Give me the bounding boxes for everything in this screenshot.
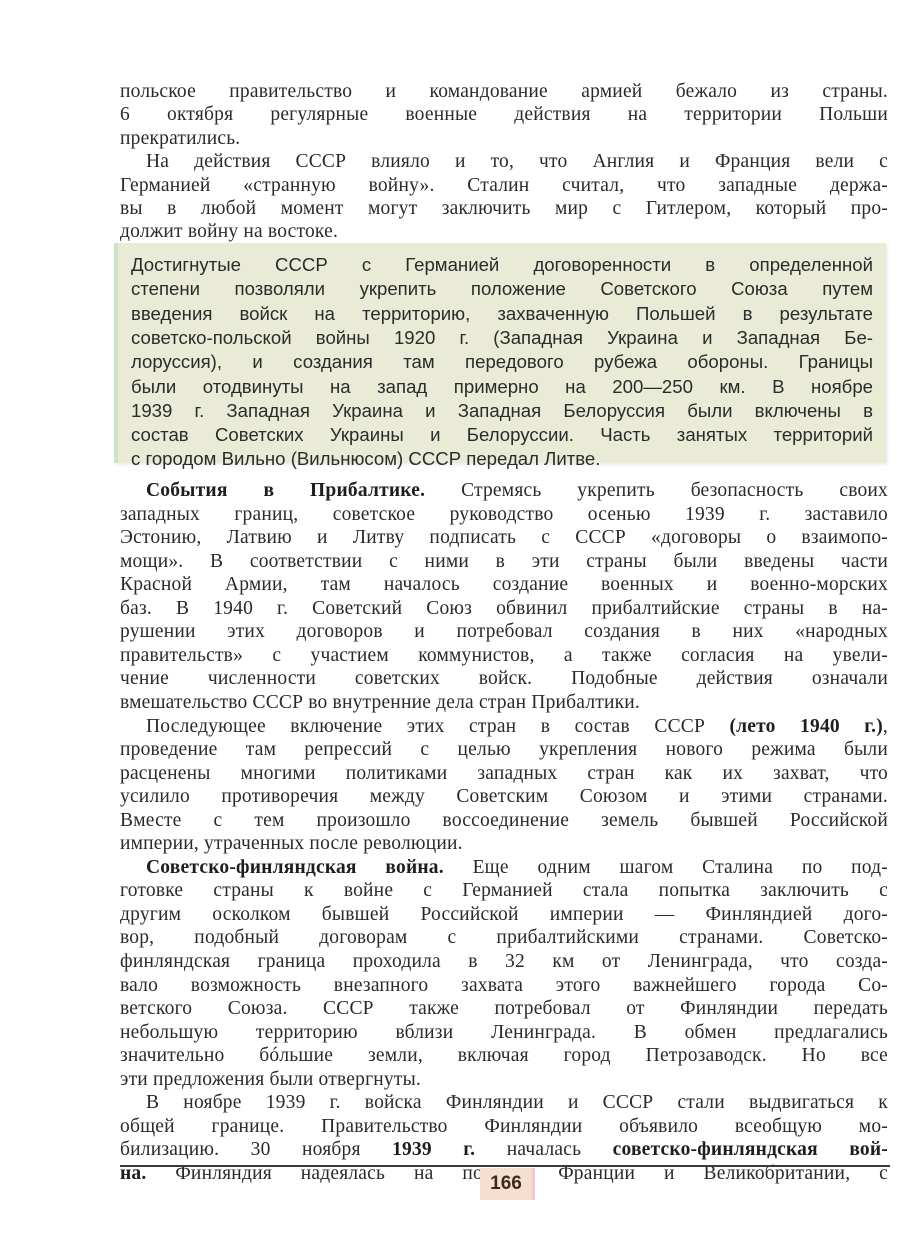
text-run: значительно бóльшие земли, включая город… bbox=[120, 1045, 888, 1066]
text-run: проведение там репрессий с целью укрепле… bbox=[120, 739, 888, 760]
text-line: вмешательство СССР во внутренние дела ст… bbox=[120, 691, 888, 714]
note-line: 1939 г. Западная Украина и Западная Бело… bbox=[131, 399, 873, 423]
text-run: другим осколком бывшей Российской импери… bbox=[120, 904, 888, 925]
text-line: проведение там репрессий с целью укрепле… bbox=[120, 738, 888, 761]
text-line: значительно бóльшие земли, включая город… bbox=[120, 1044, 888, 1067]
text-run: вор, подобный договорам с прибалтийскими… bbox=[120, 927, 888, 948]
text-run: билизацию. 30 ноября bbox=[120, 1139, 392, 1160]
text-run: мощи». В соответствии с ними в эти стран… bbox=[120, 551, 888, 572]
text-run: началась bbox=[475, 1139, 612, 1160]
text-run: эти предложения были отвергнуты. bbox=[120, 1069, 421, 1090]
text-run: Красной Армии, там началось создание вое… bbox=[120, 574, 888, 595]
text-run: На действия СССР влияло и то, что Англия… bbox=[146, 151, 888, 172]
bold-text: 1939 г. bbox=[392, 1139, 475, 1160]
text-run: польское правительство и командование ар… bbox=[120, 81, 888, 102]
bold-text: Советско-финляндская война. bbox=[146, 857, 444, 878]
text-run: 6 октября регулярные военные действия на… bbox=[120, 104, 888, 125]
bold-text: советско-финляндская вой- bbox=[613, 1139, 888, 1160]
text-line: империи, утраченных после революции. bbox=[120, 832, 888, 855]
text-run: вы в любой момент могут заключить мир с … bbox=[120, 198, 888, 219]
text-line: польское правительство и командование ар… bbox=[120, 80, 888, 103]
text-line: вы в любой момент могут заключить мир с … bbox=[120, 197, 888, 220]
text-line: Германией «странную войну». Сталин счита… bbox=[120, 174, 888, 197]
note-line: с городом Вильно (Вильнюсом) СССР переда… bbox=[131, 447, 873, 471]
note-line: степени позволяли укрепить положение Сов… bbox=[131, 277, 873, 301]
footer-rule bbox=[120, 1165, 890, 1167]
text-line: западных границ, советское руководство о… bbox=[120, 503, 888, 526]
text-run: финляндская граница проходила в 32 км от… bbox=[120, 951, 888, 972]
text-line: чение численности советских войск. Подоб… bbox=[120, 667, 888, 690]
text-line: билизацию. 30 ноября 1939 г. началась со… bbox=[120, 1138, 888, 1161]
text-line: События в Прибалтике. Стремясь укрепить … bbox=[146, 479, 888, 502]
text-line: небольшую территорию вблизи Ленинграда. … bbox=[120, 1021, 888, 1044]
bold-text: События в Прибалтике. bbox=[146, 480, 425, 501]
note-line: были отодвинуты на запад примерно на 200… bbox=[131, 375, 873, 399]
text-line: должит войну на востоке. bbox=[120, 220, 888, 243]
text-line: общей границе. Правительство Финляндии о… bbox=[120, 1115, 888, 1138]
text-run: правительств» с участием коммунистов, а … bbox=[120, 645, 888, 666]
page-number: 166 bbox=[480, 1168, 535, 1200]
text-run: расценены многими политиками западных ст… bbox=[120, 763, 888, 784]
text-line: рушении этих договоров и потребовал созд… bbox=[120, 620, 888, 643]
text-run: Германией «странную войну». Сталин счита… bbox=[120, 175, 888, 196]
text-run: чение численности советских войск. Подоб… bbox=[120, 668, 888, 689]
text-run: , bbox=[883, 716, 888, 737]
text-line: Вместе с тем произошло воссоединение зем… bbox=[120, 809, 888, 832]
text-line: мощи». В соответствии с ними в эти стран… bbox=[120, 550, 888, 573]
note-line: лоруссия), и создания там передового руб… bbox=[131, 350, 873, 374]
text-run: Еще одним шагом Сталина по под- bbox=[444, 857, 888, 878]
text-run: вмешательство СССР во внутренние дела ст… bbox=[120, 692, 640, 713]
text-line: В ноябре 1939 г. войска Финляндии и СССР… bbox=[146, 1091, 888, 1114]
bold-text: (лето 1940 г.) bbox=[729, 716, 882, 737]
note-line: Достигнутые СССР с Германией договоренно… bbox=[131, 253, 873, 277]
text-line: Красной Армии, там началось создание вое… bbox=[120, 573, 888, 596]
text-run: империи, утраченных после революции. bbox=[120, 833, 463, 854]
text-line: правительств» с участием коммунистов, а … bbox=[120, 644, 888, 667]
text-run: прекратились. bbox=[120, 128, 240, 149]
text-run: Последующее включение этих стран в соста… bbox=[146, 716, 729, 737]
text-run: вало возможность внезапного захвата этог… bbox=[120, 975, 888, 996]
note-line: советско-польской войны 1920 г. (Западна… bbox=[131, 326, 873, 350]
text-line: финляндская граница проходила в 32 км от… bbox=[120, 950, 888, 973]
text-line: другим осколком бывшей Российской импери… bbox=[120, 903, 888, 926]
text-run: общей границе. Правительство Финляндии о… bbox=[120, 1116, 888, 1137]
text-run: Вместе с тем произошло воссоединение зем… bbox=[120, 810, 888, 831]
text-run: В ноябре 1939 г. войска Финляндии и СССР… bbox=[146, 1092, 888, 1113]
text-run: рушении этих договоров и потребовал созд… bbox=[120, 621, 888, 642]
text-run: небольшую территорию вблизи Ленинграда. … bbox=[120, 1022, 888, 1043]
text-line: прекратились. bbox=[120, 127, 888, 150]
text-line: Советско-финляндская война. Еще одним ша… bbox=[146, 856, 888, 879]
text-run: должит войну на востоке. bbox=[120, 221, 338, 242]
text-run: ветского Союза. СССР также потребовал от… bbox=[120, 998, 888, 1019]
text-line: расценены многими политиками западных ст… bbox=[120, 762, 888, 785]
note-line: состав Советских Украины и Белоруссии. Ч… bbox=[131, 423, 873, 447]
text-line: баз. В 1940 г. Советский Союз обвинил пр… bbox=[120, 597, 888, 620]
text-line: ветского Союза. СССР также потребовал от… bbox=[120, 997, 888, 1020]
text-run: Стремясь укрепить безопасность своих bbox=[425, 480, 888, 501]
text-run: Эстонию, Латвию и Литву подписать с СССР… bbox=[120, 527, 888, 548]
text-line: усилило противоречия между Советским Сою… bbox=[120, 785, 888, 808]
textbook-page: польское правительство и командование ар… bbox=[0, 0, 918, 1241]
text-line: эти предложения были отвергнуты. bbox=[120, 1068, 888, 1091]
text-line: На действия СССР влияло и то, что Англия… bbox=[146, 150, 888, 173]
text-run: готовке страны к войне с Германией стала… bbox=[120, 880, 888, 901]
note-line: введения войск на территорию, захваченну… bbox=[131, 302, 873, 326]
text-line: 6 октября регулярные военные действия на… bbox=[120, 103, 888, 126]
text-line: вало возможность внезапного захвата этог… bbox=[120, 974, 888, 997]
text-line: готовке страны к войне с Германией стала… bbox=[120, 879, 888, 902]
text-line: вор, подобный договорам с прибалтийскими… bbox=[120, 926, 888, 949]
text-run: усилило противоречия между Советским Сою… bbox=[120, 786, 888, 807]
text-line: Эстонию, Латвию и Литву подписать с СССР… bbox=[120, 526, 888, 549]
text-run: баз. В 1940 г. Советский Союз обвинил пр… bbox=[120, 598, 888, 619]
text-line: Последующее включение этих стран в соста… bbox=[146, 715, 888, 738]
text-run: западных границ, советское руководство о… bbox=[120, 504, 888, 525]
